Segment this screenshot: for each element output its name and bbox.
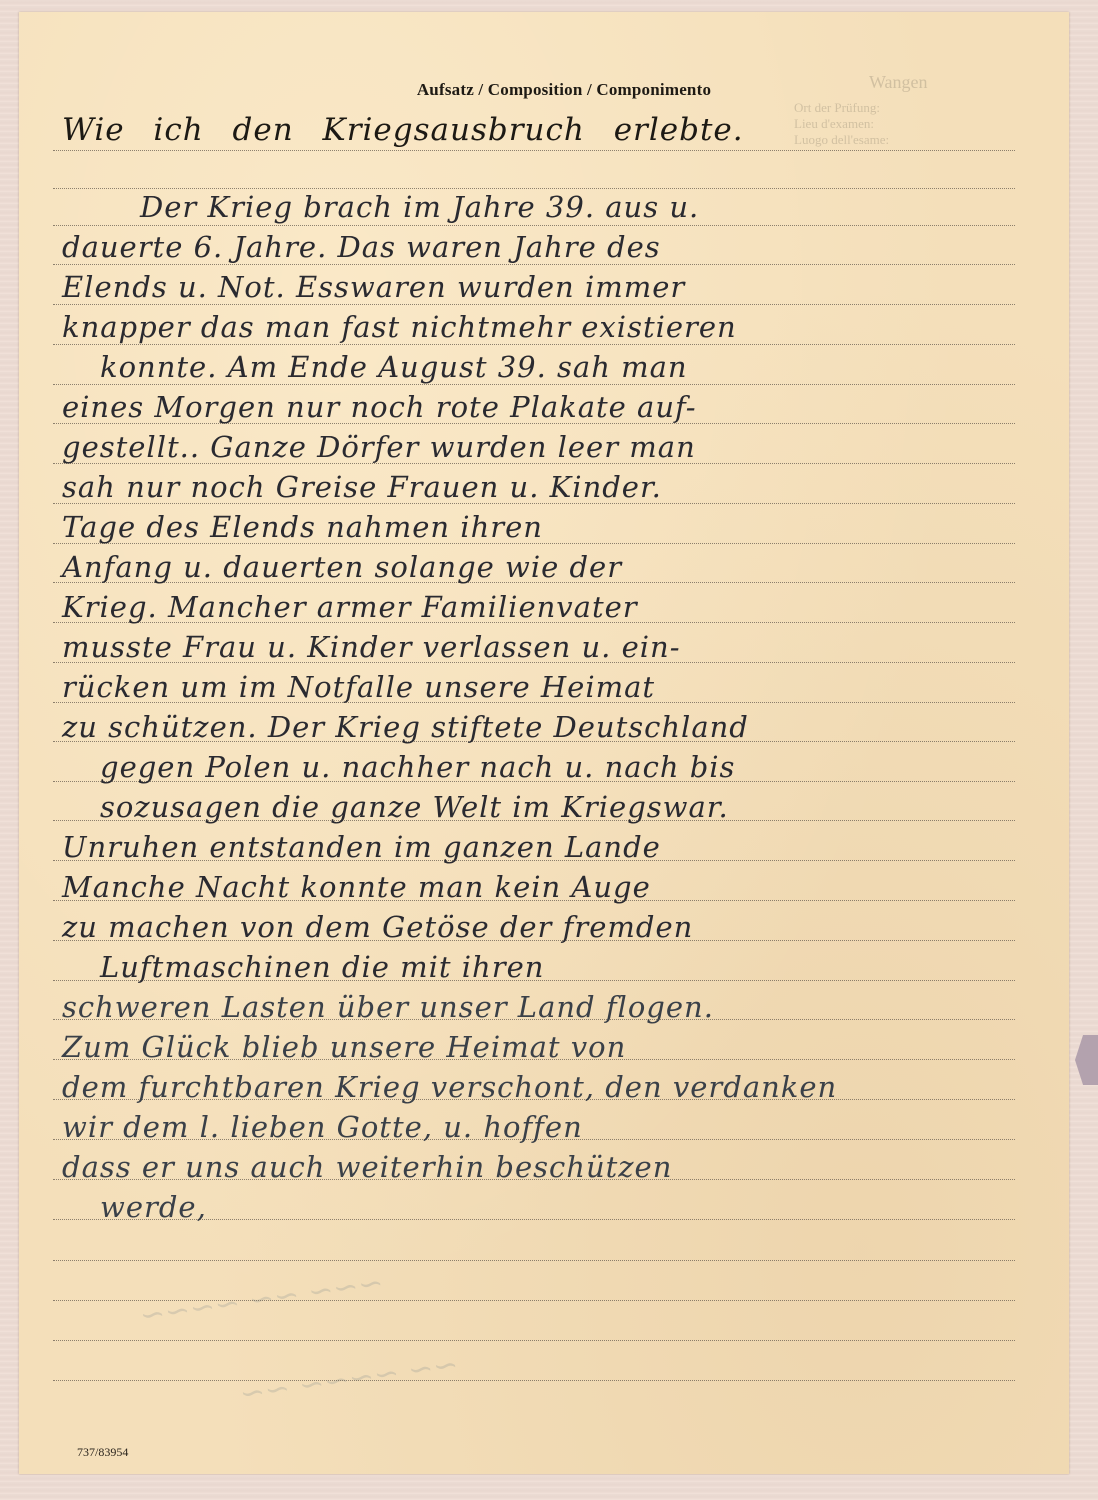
handwritten-line: schweren Lasten über unser Land flogen. (62, 990, 714, 1024)
handwritten-line: Elends u. Not. Esswaren wurden immer (62, 270, 685, 304)
handwritten-line: sozusagen die ganze Welt im Kriegswar. (100, 790, 729, 824)
handwritten-line: Unruhen entstanden im ganzen Lande (62, 830, 661, 864)
handwritten-line: sah nur noch Greise Frauen u. Kinder. (62, 470, 662, 504)
essay-title: Wie ich den Kriegsausbruch erlebte. (62, 112, 744, 148)
handwritten-line: gestellt.. Ganze Dörfer wurden leer man (62, 430, 696, 464)
handwritten-line: zu machen von dem Getöse der fremden (62, 910, 693, 944)
handwritten-line: dem furchtbaren Krieg verschont, den ver… (62, 1070, 837, 1104)
handwritten-line: eines Morgen nur noch rote Plakate auf- (62, 390, 697, 424)
handwritten-line: gegen Polen u. nachher nach u. nach bis (100, 750, 735, 784)
handwritten-line: dauerte 6. Jahre. Das waren Jahre des (62, 230, 661, 264)
handwritten-line: zu schützen. Der Krieg stiftete Deutschl… (62, 710, 749, 744)
form-title: Aufsatz / Composition / Componimento (30, 80, 1098, 100)
handwritten-line: dass er uns auch weiterhin beschützen (62, 1150, 672, 1184)
handwritten-line: Tage des Elends nahmen ihren (62, 510, 543, 544)
handwritten-line: Anfang u. dauerten solange wie der (62, 550, 622, 584)
handwritten-line: knapper das man fast nichtmehr existiere… (62, 310, 737, 344)
handwritten-line: Manche Nacht konnte man kein Auge (62, 870, 651, 904)
handwritten-line: Der Krieg brach im Jahre 39. aus u. (140, 190, 699, 224)
handwritten-line: musste Frau u. Kinder verlassen u. ein- (62, 630, 681, 664)
handwritten-line: Krieg. Mancher armer Familienvater (62, 590, 638, 624)
ghost-print-exam-place: Ort der Prüfung: Lieu d'examen: Luogo de… (794, 100, 889, 148)
handwritten-line: konnte. Am Ende August 39. sah man (100, 350, 688, 384)
handwritten-line: werde, (100, 1190, 207, 1224)
handwritten-line: wir dem l. lieben Gotte, u. hoffen (62, 1110, 583, 1144)
handwritten-line: Zum Glück blieb unsere Heimat von (62, 1030, 626, 1064)
handwritten-line: Luftmaschinen die mit ihren (100, 950, 544, 984)
handwritten-line: rücken um im Notfalle unsere Heimat (62, 670, 655, 704)
form-number: 737/83954 (77, 1445, 128, 1460)
